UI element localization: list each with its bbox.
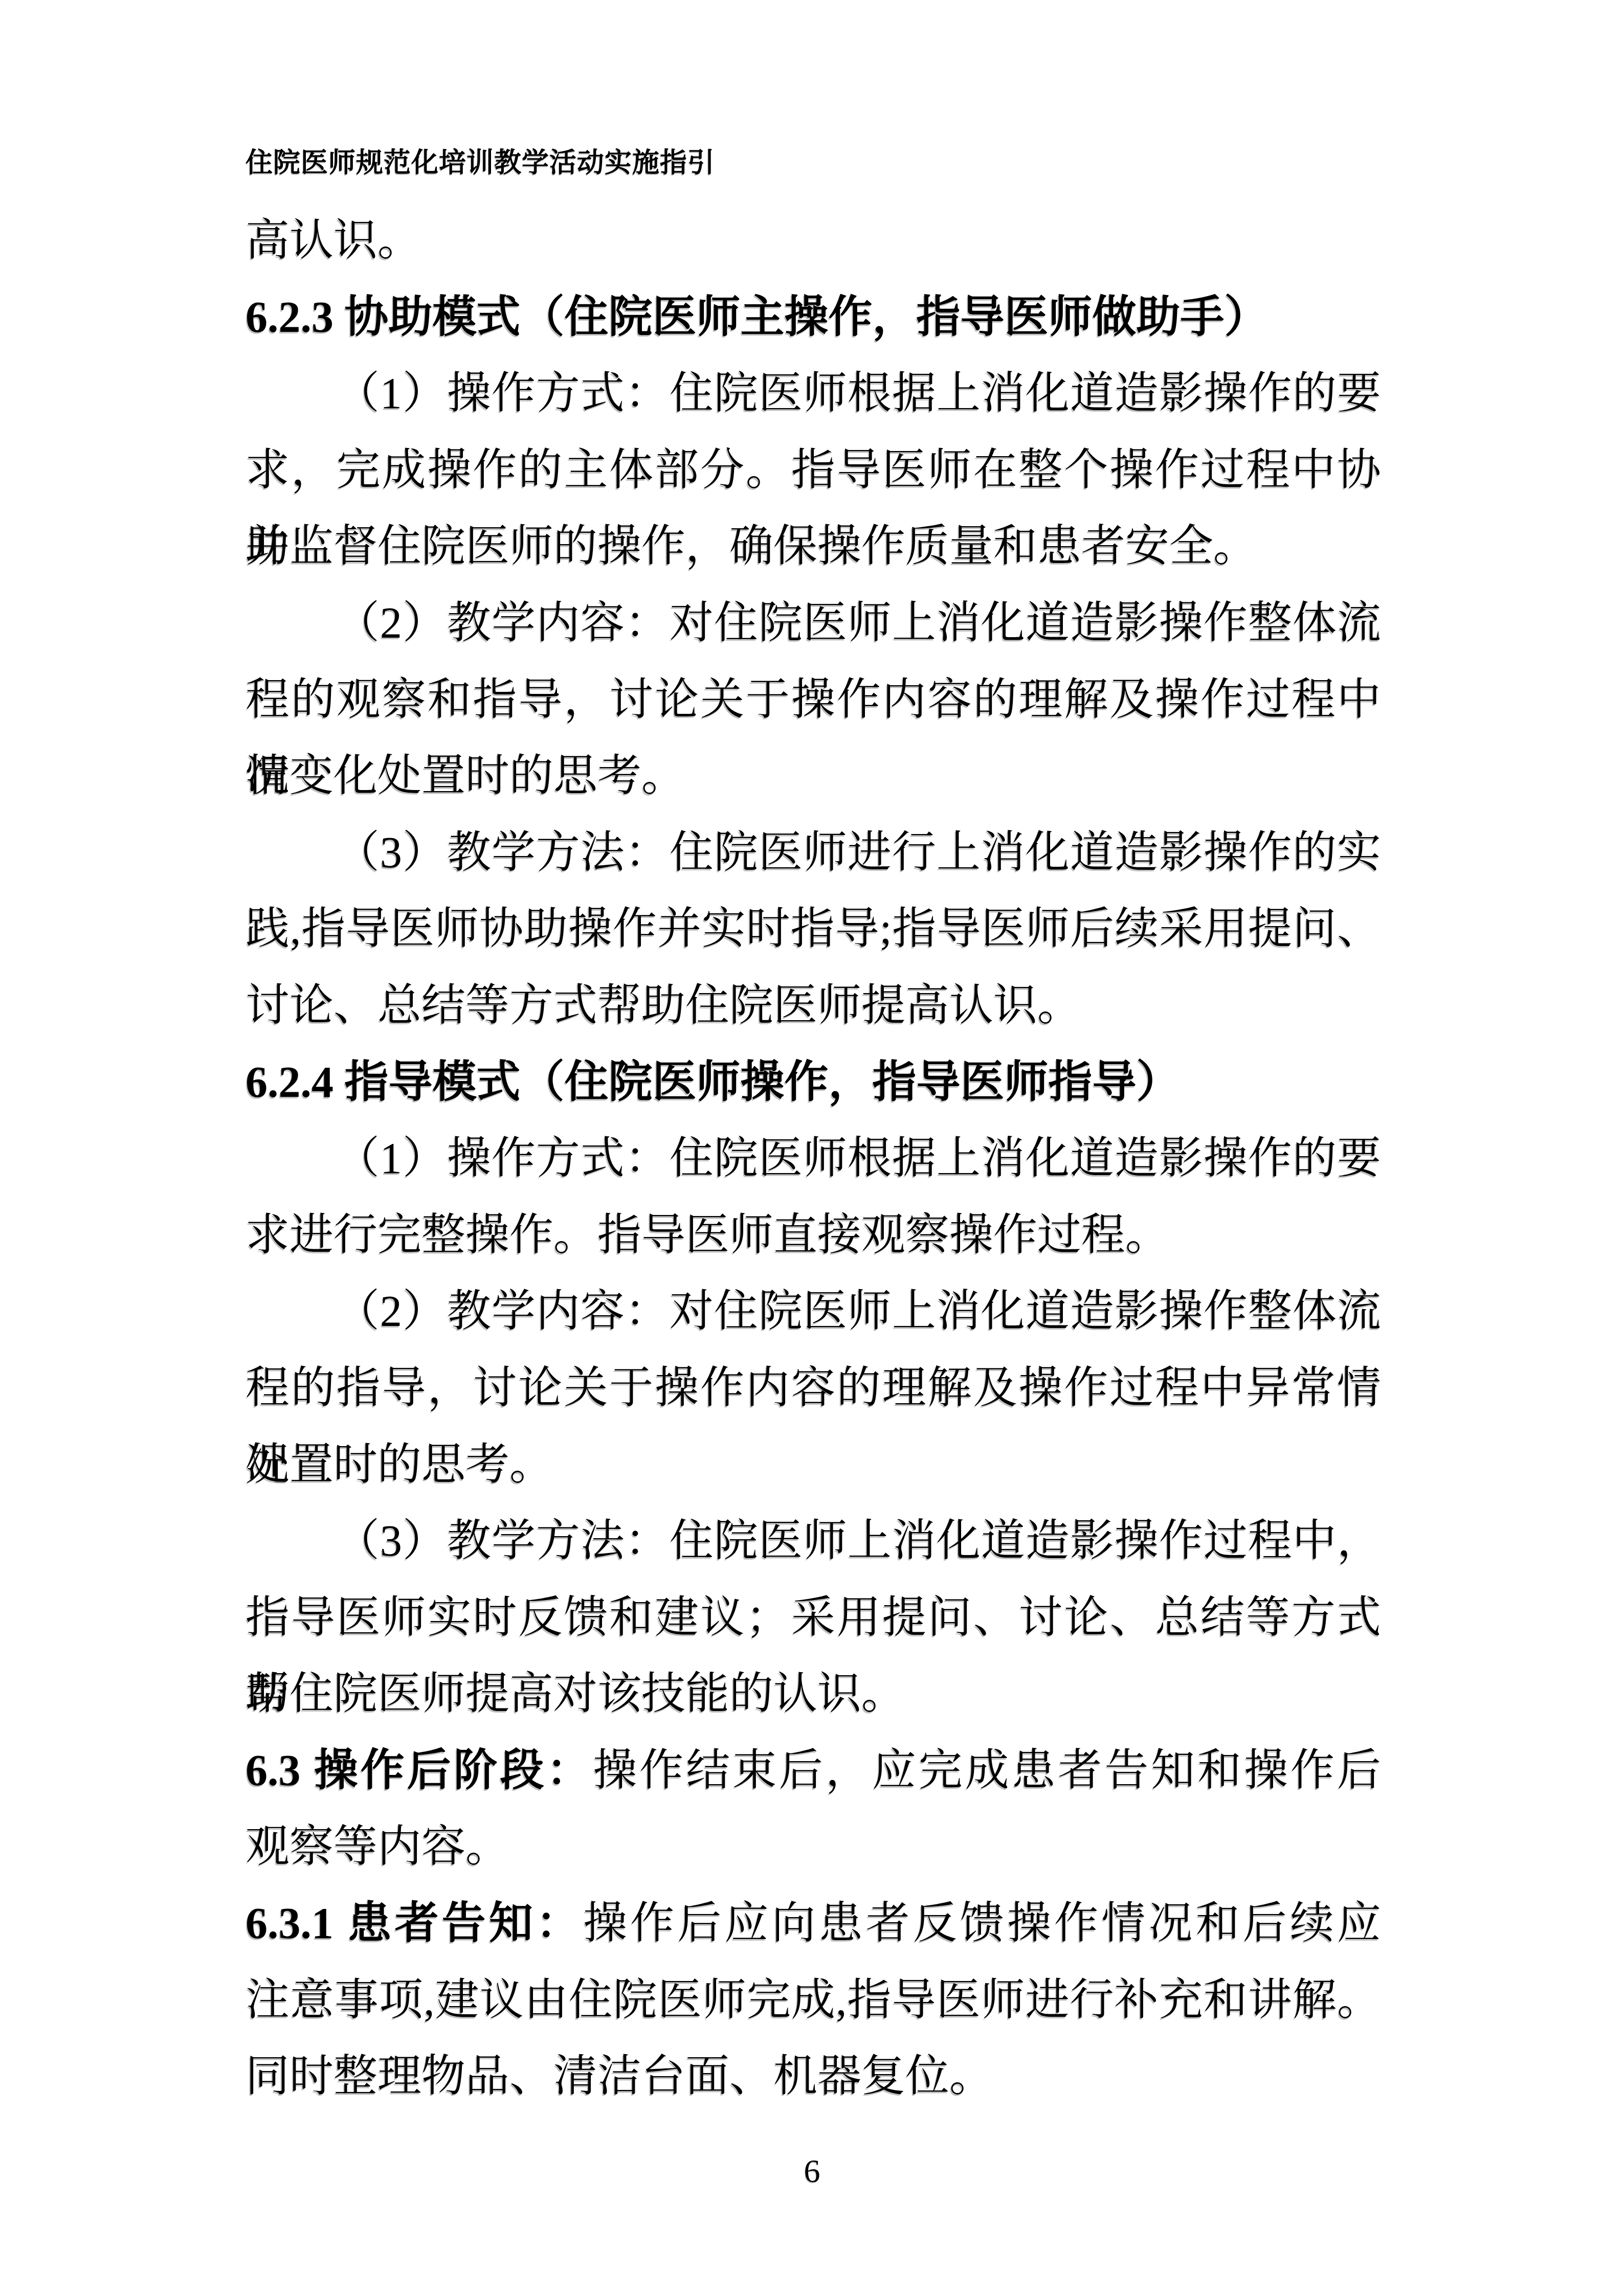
text-line: 程的观察和指导，讨论关于操作内容的理解及操作过程中情 — [246, 662, 1381, 738]
text-run: 并监督住院医师的操作，确保操作质量和患者安全。 — [246, 522, 1257, 571]
text-run: （2）教学内容：对住院医师上消化道造影操作整体流 — [336, 1287, 1381, 1336]
text-run: （1）操作方式：住院医师根据上消化道造影操作的要 — [336, 369, 1381, 418]
text-line: （2）教学内容：对住院医师上消化道造影操作整体流 — [246, 585, 1381, 662]
text-line: 讨论、总结等方式帮助住院医师提高认识。 — [246, 967, 1381, 1044]
text-line: 求进行完整操作。指导医师直接观察操作过程。 — [246, 1197, 1381, 1274]
text-line: 践,指导医师协助操作并实时指导;指导医师后续采用提问、 — [246, 891, 1381, 967]
text-run: 6.2.3 协助模式（住院医师主操作，指导医师做助手） — [246, 292, 1269, 342]
page-number: 6 — [0, 2148, 1624, 2195]
text-run: （2）教学内容：对住院医师上消化道造影操作整体流 — [336, 598, 1381, 647]
text-line: 高认识。 — [246, 202, 1381, 279]
text-run: 观察等内容。 — [246, 1822, 509, 1871]
text-run: 操作结束后，应完成患者告知和操作后 — [593, 1746, 1381, 1795]
bold-run: 6.3 操作后阶段： — [246, 1746, 593, 1795]
section-heading: 6.2.4 指导模式（住院医师操作，指导医师指导） — [246, 1044, 1381, 1121]
text-run: 高认识。 — [246, 216, 421, 265]
text-run: 践,指导医师协助操作并实时指导;指导医师后续采用提问、 — [246, 904, 1381, 953]
text-run: （3）教学方法：住院医师上消化道造影操作过程中， — [336, 1516, 1381, 1565]
text-line: 指导医师实时反馈和建议；采用提问、讨论、总结等方式帮 — [246, 1580, 1381, 1656]
text-run: 同时整理物品、清洁台面、机器复位。 — [246, 2052, 993, 2101]
text-line: （2）教学内容：对住院医师上消化道造影操作整体流 — [246, 1273, 1381, 1350]
text-line: （1）操作方式：住院医师根据上消化道造影操作的要 — [246, 355, 1381, 432]
text-run: 注意事项,建议由住院医师完成,指导医师进行补充和讲解。 — [246, 1975, 1381, 2024]
section-heading: 6.2.3 协助模式（住院医师主操作，指导医师做助手） — [246, 279, 1381, 356]
page-header: 住院医师规范化培训教学活动实施指引 — [246, 144, 1381, 182]
text-line: 同时整理物品、清洁台面、机器复位。 — [246, 2038, 1381, 2115]
text-line: 6.3.1 患者告知：操作后应向患者反馈操作情况和后续应 — [246, 1885, 1381, 1962]
text-line: （3）教学方法：住院医师上消化道造影操作过程中， — [246, 1503, 1381, 1580]
document-body: 高认识。6.2.3 协助模式（住院医师主操作，指导医师做助手）（1）操作方式：住… — [246, 202, 1381, 2115]
text-run: （1）操作方式：住院医师根据上消化道造影操作的要 — [336, 1134, 1381, 1183]
text-line: 助住院医师提高对该技能的认识。 — [246, 1656, 1381, 1732]
text-run: 6.2.4 指导模式（住院医师操作，指导医师指导） — [246, 1057, 1181, 1107]
text-line: 注意事项,建议由住院医师完成,指导医师进行补充和讲解。 — [246, 1962, 1381, 2039]
text-line: （1）操作方式：住院医师根据上消化道造影操作的要 — [246, 1120, 1381, 1197]
text-line: 程的指导，讨论关于操作内容的理解及操作过程中异常情况 — [246, 1350, 1381, 1427]
document-page: 住院医师规范化培训教学活动实施指引 高认识。6.2.3 协助模式（住院医师主操作… — [0, 0, 1624, 2296]
text-run: 况变化处置时的思考。 — [246, 751, 685, 800]
text-run: 求进行完整操作。指导医师直接观察操作过程。 — [246, 1210, 1169, 1259]
text-line: 6.3 操作后阶段：操作结束后，应完成患者告知和操作后 — [246, 1732, 1381, 1809]
text-line: 处置时的思考。 — [246, 1427, 1381, 1503]
text-run: （3）教学方法：住院医师进行上消化道造影操作的实 — [336, 828, 1381, 877]
text-line: 并监督住院医师的操作，确保操作质量和患者安全。 — [246, 508, 1381, 585]
text-line: 观察等内容。 — [246, 1809, 1381, 1885]
text-line: （3）教学方法：住院医师进行上消化道造影操作的实 — [246, 815, 1381, 891]
text-run: 操作后应向患者反馈操作情况和后续应 — [583, 1899, 1381, 1948]
text-run: 助住院医师提高对该技能的认识。 — [246, 1669, 905, 1718]
text-run: 讨论、总结等方式帮助住院医师提高认识。 — [246, 981, 1081, 1030]
text-line: 求，完成操作的主体部分。指导医师在整个操作过程中协助 — [246, 432, 1381, 509]
text-line: 况变化处置时的思考。 — [246, 738, 1381, 815]
bold-run: 6.3.1 患者告知： — [246, 1899, 583, 1948]
text-run: 处置时的思考。 — [246, 1440, 553, 1489]
